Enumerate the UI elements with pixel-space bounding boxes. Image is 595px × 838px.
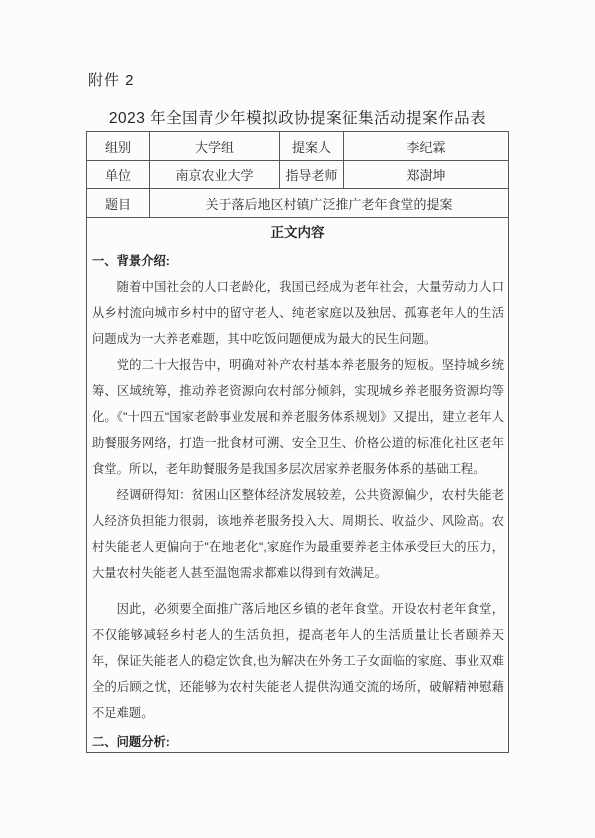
content-header: 正文内容 <box>87 218 508 248</box>
topic-label-cell: 题目 <box>87 189 150 217</box>
proposer-label-cell: 提案人 <box>280 132 344 160</box>
content-body: 一、背景介绍: 随着中国社会的人口老龄化，我国已经成为老年社会，大量劳动力人口从… <box>87 248 508 753</box>
document-title: 2023 年全国青少年模拟政协提案征集活动提案作品表 <box>0 106 595 128</box>
paragraph: 经调研得知：贫困山区整体经济发展较差，公共资源偏少，农村失能老人经济负担能力很弱… <box>92 482 504 586</box>
attachment-label: 附件 2 <box>88 69 135 90</box>
proposal-form-table: 组别 大学组 提案人 李纪霖 单位 南京农业大学 指导老师 郑澍坤 题目 关于落… <box>86 131 509 753</box>
unit-value-cell: 南京农业大学 <box>150 161 280 188</box>
table-row-unit: 单位 南京农业大学 指导老师 郑澍坤 <box>87 161 508 189</box>
advisor-label-cell: 指导老师 <box>280 161 344 188</box>
table-row-group: 组别 大学组 提案人 李纪霖 <box>87 132 508 161</box>
advisor-value-cell: 郑澍坤 <box>344 161 508 188</box>
group-value-cell: 大学组 <box>150 132 280 160</box>
section-heading-analysis: 二、问题分析: <box>92 729 504 753</box>
unit-label-cell: 单位 <box>87 161 150 188</box>
group-label-cell: 组别 <box>87 132 150 160</box>
paragraph: 因此，必须要全面推广落后地区乡镇的老年食堂。开设农村老年食堂，不仅能够减轻乡村老… <box>92 596 504 726</box>
paragraph: 随着中国社会的人口老龄化，我国已经成为老年社会，大量劳动力人口从乡村流向城市乡村… <box>92 274 504 352</box>
paragraph: 党的二十大报告中，明确对补产农村基本养老服务的短板。坚持城乡统筹、区域统筹，推动… <box>92 352 504 482</box>
section-heading-background: 一、背景介绍: <box>92 248 504 274</box>
document-page: 附件 2 2023 年全国青少年模拟政协提案征集活动提案作品表 组别 大学组 提… <box>0 0 595 838</box>
proposer-value-cell: 李纪霖 <box>344 132 508 160</box>
topic-value-cell: 关于落后地区村镇广泛推广老年食堂的提案 <box>150 189 508 217</box>
table-row-topic: 题目 关于落后地区村镇广泛推广老年食堂的提案 <box>87 189 508 218</box>
